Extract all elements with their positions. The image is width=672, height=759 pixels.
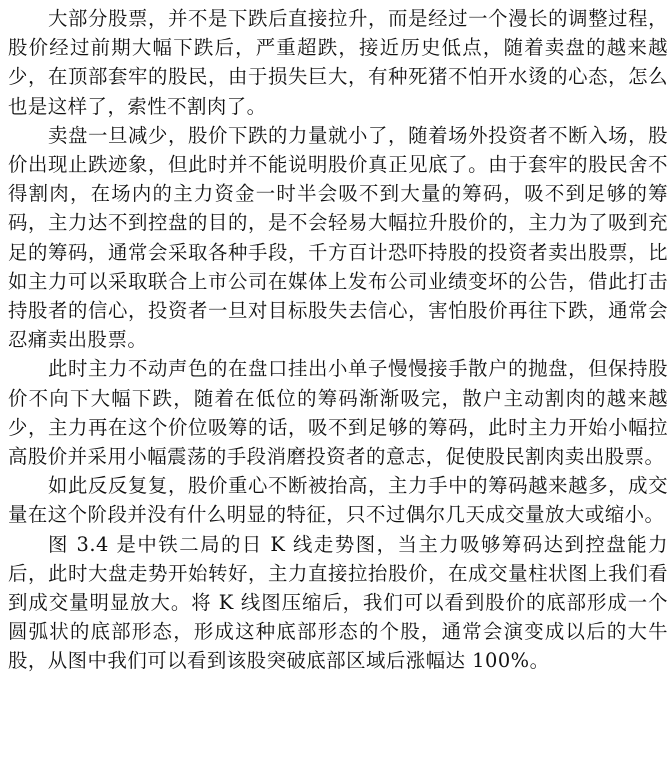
document-page: 大部分股票，并不是下跌后直接拉升，而是经过一个漫长的调整过程，股价经过前期大幅下… xyxy=(8,4,668,676)
paragraph-selling-pressure: 卖盘一旦减少，股价下跌的力量就小了，随着场外投资者不断入场，股价出现止跌迹象，但… xyxy=(8,121,668,355)
paragraph-repetition: 如此反反复复，股价重心不断被抬高，主力手中的筹码越来越多，成交量在这个阶段并没有… xyxy=(8,471,668,529)
paragraph-accumulation: 此时主力不动声色的在盘口挂出小单子慢慢接手散户的抛盘，但保持股价不向下大幅下跌，… xyxy=(8,354,668,471)
paragraph-figure-example: 图 3.4 是中铁二局的日 K 线走势图，当主力吸够筹码达到控盘能力后，此时大盘… xyxy=(8,530,668,676)
paragraph-intro: 大部分股票，并不是下跌后直接拉升，而是经过一个漫长的调整过程，股价经过前期大幅下… xyxy=(8,4,668,121)
